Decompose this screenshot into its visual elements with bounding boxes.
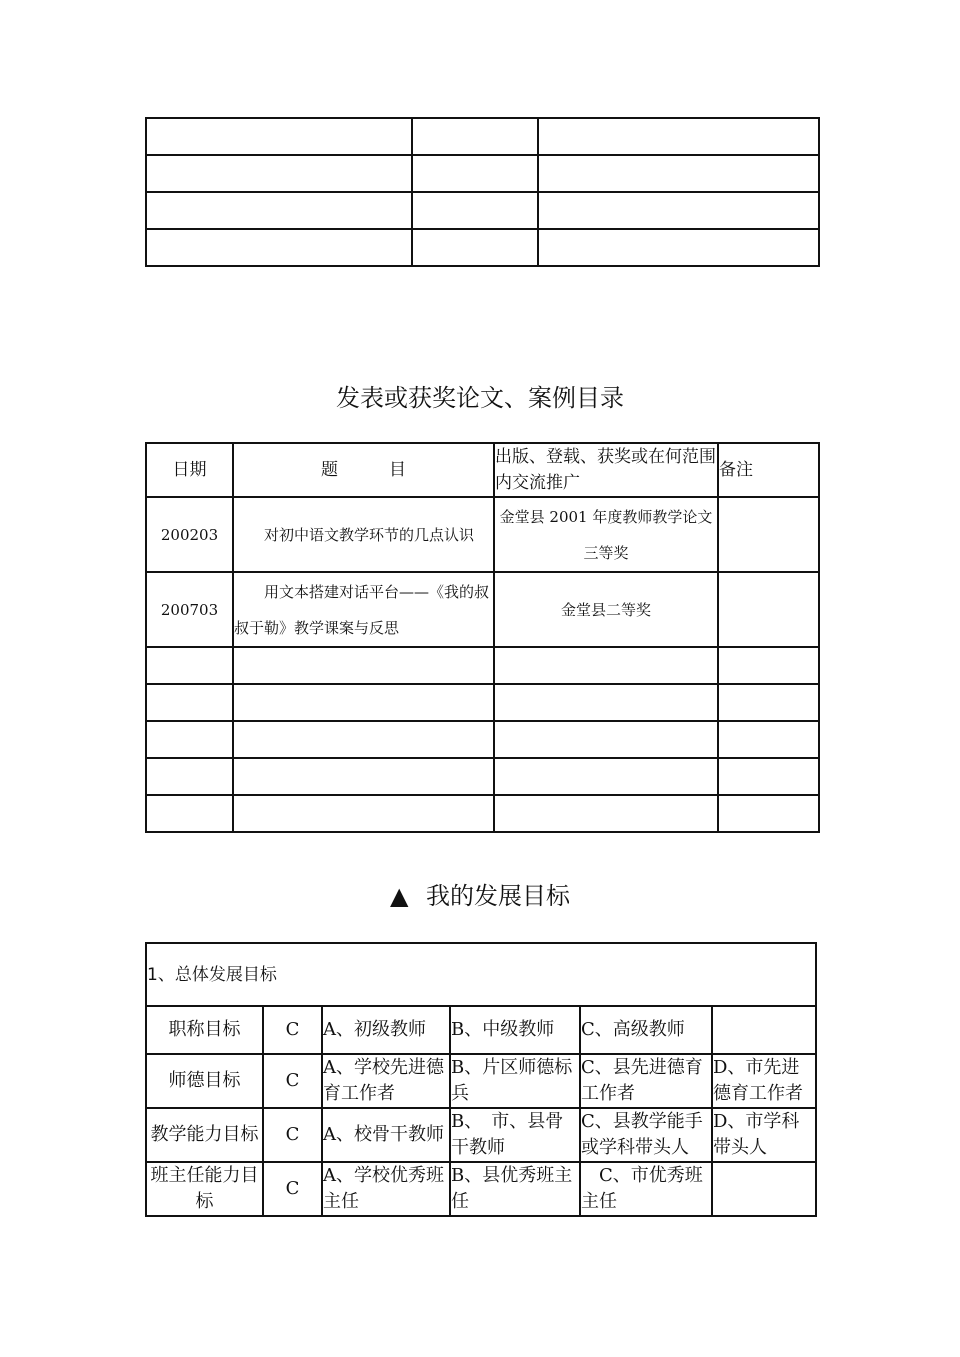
paper-notes (718, 647, 819, 684)
paper-topic: 对初中语文教学环节的几点认识 (233, 497, 494, 572)
table-row (146, 155, 819, 192)
goal-option-b: B、县优秀班主任 (450, 1162, 580, 1216)
paper-topic (233, 758, 494, 795)
goal-option-c: C、高级教师 (580, 1006, 712, 1054)
goal-row: 职称目标 C A、初级教师 B、中级教师 C、高级教师 (146, 1006, 816, 1054)
goal-row: 班主任能力目标 C A、学校优秀班主任 B、县优秀班主任 C、市优秀班主任 (146, 1162, 816, 1216)
goal-choice: C (263, 1162, 322, 1216)
table-cell (412, 229, 538, 266)
goal-choice: C (263, 1054, 322, 1108)
goal-option-a: A、初级教师 (322, 1006, 450, 1054)
goal-option-d: D、市先进德育工作者 (712, 1054, 816, 1108)
table-header-row: 日期 题 目 出版、登载、获奖或在何范围内交流推广 备注 (146, 443, 819, 497)
papers-section-title: 发表或获奖论文、案例目录 (0, 378, 960, 413)
top-blank-table (145, 117, 820, 267)
table-cell (146, 118, 412, 155)
paper-date (146, 721, 233, 758)
paper-venue (494, 721, 718, 758)
header-topic: 题 目 (233, 443, 494, 497)
paper-topic (233, 795, 494, 832)
paper-venue: 金堂县 2001 年度教师教学论文三等奖 (494, 497, 718, 572)
table-cell (412, 155, 538, 192)
paper-notes (718, 721, 819, 758)
table-row: 200703 用文本搭建对话平台——《我的叔叔于勒》教学课案与反思 金堂县二等奖 (146, 572, 819, 647)
goals-title-text: 我的发展目标 (426, 882, 570, 910)
paper-date (146, 684, 233, 721)
paper-date: 200203 (146, 497, 233, 572)
table-row (146, 192, 819, 229)
goal-option-a: A、学校优秀班主任 (322, 1162, 450, 1216)
table-row (146, 721, 819, 758)
paper-venue: 金堂县二等奖 (494, 572, 718, 647)
table-cell (538, 155, 819, 192)
table-cell (146, 192, 412, 229)
goal-option-a: A、校骨干教师 (322, 1108, 450, 1162)
paper-date (146, 795, 233, 832)
papers-table: 日期 题 目 出版、登载、获奖或在何范围内交流推广 备注 200203 对初中语… (145, 442, 820, 833)
paper-topic (233, 721, 494, 758)
triangle-icon: ▲ (390, 882, 408, 910)
paper-venue (494, 758, 718, 795)
goals-table: 1、总体发展目标 职称目标 C A、初级教师 B、中级教师 C、高级教师 师德目… (145, 942, 817, 1217)
overall-goals-heading-row: 1、总体发展目标 (146, 943, 816, 1006)
goal-option-c: C、县先进德育工作者 (580, 1054, 712, 1108)
table-cell (412, 118, 538, 155)
header-notes: 备注 (718, 443, 819, 497)
paper-topic (233, 647, 494, 684)
table-cell (538, 118, 819, 155)
table-row (146, 684, 819, 721)
paper-date (146, 758, 233, 795)
goal-option-c: C、市优秀班主任 (580, 1162, 712, 1216)
paper-notes (718, 795, 819, 832)
table-row: 200203 对初中语文教学环节的几点认识 金堂县 2001 年度教师教学论文三… (146, 497, 819, 572)
goal-option-d (712, 1162, 816, 1216)
table-cell (538, 192, 819, 229)
goal-choice: C (263, 1006, 322, 1054)
goal-option-c: C、县教学能手或学科带头人 (580, 1108, 712, 1162)
table-cell (146, 229, 412, 266)
goal-option-d: D、市学科带头人 (712, 1108, 816, 1162)
goal-choice: C (263, 1108, 322, 1162)
table-row (146, 229, 819, 266)
goal-row: 教学能力目标 C A、校骨干教师 B、 市、县骨干教师 C、县教学能手或学科带头… (146, 1108, 816, 1162)
table-cell (412, 192, 538, 229)
header-venue: 出版、登载、获奖或在何范围内交流推广 (494, 443, 718, 497)
paper-venue (494, 684, 718, 721)
header-date: 日期 (146, 443, 233, 497)
paper-topic: 用文本搭建对话平台——《我的叔叔于勒》教学课案与反思 (233, 572, 494, 647)
goal-label: 职称目标 (146, 1006, 263, 1054)
paper-notes (718, 758, 819, 795)
paper-date: 200703 (146, 572, 233, 647)
goal-option-b: B、 市、县骨干教师 (450, 1108, 580, 1162)
paper-notes (718, 684, 819, 721)
goal-option-b: B、片区师德标兵 (450, 1054, 580, 1108)
goal-label: 班主任能力目标 (146, 1162, 263, 1216)
goal-row: 师德目标 C A、学校先进德育工作者 B、片区师德标兵 C、县先进德育工作者 D… (146, 1054, 816, 1108)
paper-venue (494, 795, 718, 832)
goal-option-a: A、学校先进德育工作者 (322, 1054, 450, 1108)
paper-notes (718, 572, 819, 647)
table-row (146, 647, 819, 684)
goal-label: 师德目标 (146, 1054, 263, 1108)
table-row (146, 758, 819, 795)
paper-topic (233, 684, 494, 721)
table-row (146, 795, 819, 832)
paper-venue (494, 647, 718, 684)
paper-date (146, 647, 233, 684)
paper-notes (718, 497, 819, 572)
goals-section-title: ▲ 我的发展目标 (0, 876, 960, 911)
table-cell (146, 155, 412, 192)
overall-goals-heading: 1、总体发展目标 (146, 943, 816, 1006)
goal-label: 教学能力目标 (146, 1108, 263, 1162)
table-row (146, 118, 819, 155)
goal-option-d (712, 1006, 816, 1054)
table-cell (538, 229, 819, 266)
goal-option-b: B、中级教师 (450, 1006, 580, 1054)
